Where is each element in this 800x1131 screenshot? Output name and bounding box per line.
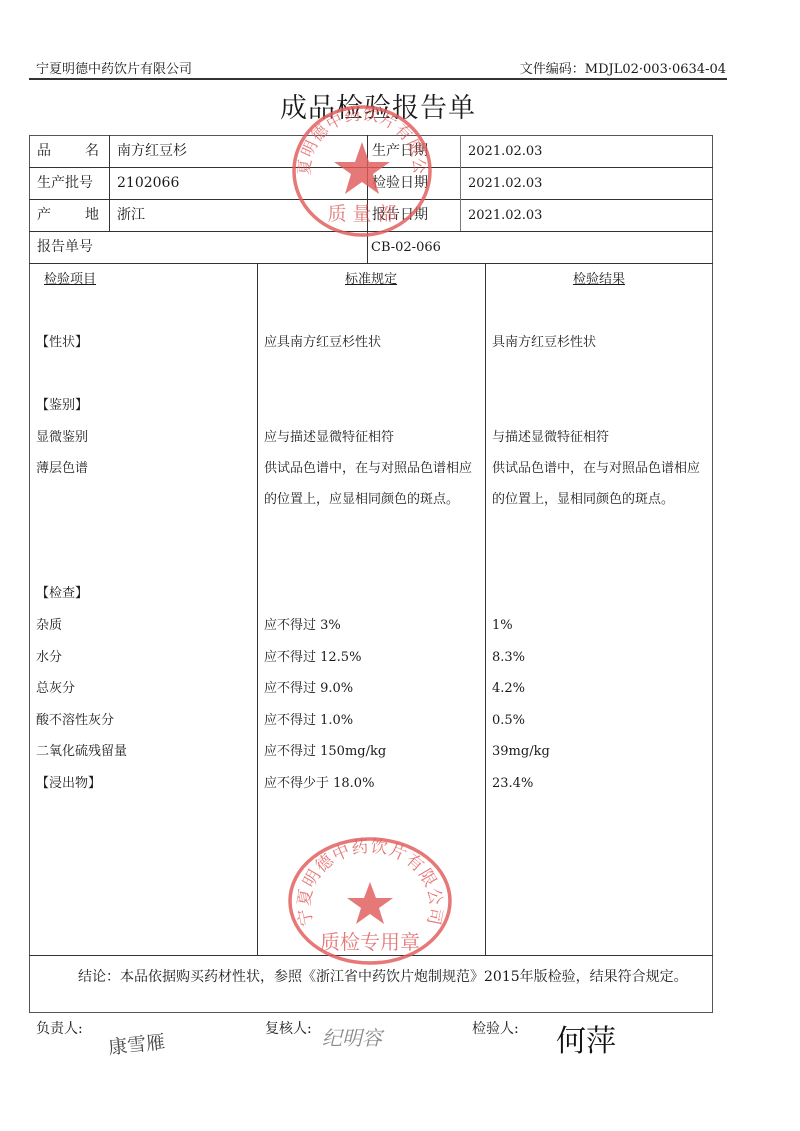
header-divider [29,78,727,80]
value-product-name: 南方红豆杉 [117,143,187,159]
report-table [29,135,713,1013]
inspector-label: 检验人: [472,1018,519,1038]
value-batch: 2102066 [117,175,179,191]
label-origin: 产地 [37,207,99,223]
test-item: 【检查】 [36,586,88,602]
row-divider [29,199,713,200]
label-batch: 生产批号 [37,175,93,191]
test-standard: 应不得少于 18.0% [264,776,374,792]
reviewer-label: 复核人: [265,1018,312,1038]
header-test-item: 检验项目 [44,272,96,288]
col-divider [485,263,486,955]
value-inspection-date: 2021.02.03 [468,176,542,192]
label-report-no: 报告单号 [37,239,93,255]
test-result: 0.5% [492,713,525,729]
col-divider [109,135,110,231]
value-report-no: CB-02-066 [371,240,441,256]
value-origin: 浙江 [117,207,145,223]
test-item: 二氧化硫残留量 [36,744,127,760]
test-result: 供试品色谱中，在与对照品色谱相应的位置上，显相同颜色的斑点。 [492,453,708,515]
header-standard: 标准规定 [257,272,485,288]
test-item: 水分 [36,650,62,666]
test-result: 23.4% [492,776,533,792]
row-divider [29,955,713,956]
test-result: 与描述显微特征相符 [492,430,609,446]
test-standard: 应不得过 1.0% [264,713,353,729]
test-standard: 应不得过 9.0% [264,681,353,697]
reviewer-signature: 纪明容 [322,1022,382,1051]
inspector-signature: 何萍 [556,1016,616,1060]
test-result: 1% [492,618,513,634]
test-standard: 应与描述显微特征相符 [264,430,394,446]
value-report-date: 2021.02.03 [468,208,542,224]
label-product-name: 品名 [37,143,99,159]
col-divider [367,135,368,263]
test-item: 总灰分 [36,681,75,697]
test-result: 8.3% [492,650,525,666]
test-result: 39mg/kg [492,744,550,760]
label-production-date: 生产日期 [372,143,428,159]
row-divider [29,167,713,168]
test-item: 薄层色谱 [36,461,88,477]
document-title: 成品检验报告单 [0,86,756,125]
test-item: 【浸出物】 [36,776,101,792]
header-result: 检验结果 [485,272,713,288]
col-divider [257,263,258,955]
file-code: 文件编码：MDJL02·003·0634-04 [520,58,726,77]
responsible-signature: 康雪雁 [107,1027,167,1060]
test-result: 4.2% [492,681,525,697]
value-production-date: 2021.02.03 [468,144,542,160]
test-standard: 应不得过 12.5% [264,650,361,666]
test-standard: 应不得过 3% [264,618,341,634]
test-item: 【性状】 [36,335,88,351]
test-item: 杂质 [36,618,62,634]
test-item: 显微鉴别 [36,430,88,446]
col-divider [460,135,461,231]
row-divider [29,231,713,232]
test-result: 具南方红豆杉性状 [492,335,596,351]
test-standard: 供试品色谱中，在与对照品色谱相应的位置上，应显相同颜色的斑点。 [264,453,480,515]
test-item: 酸不溶性灰分 [36,713,114,729]
label-report-date: 报告日期 [372,207,428,223]
test-standard: 应具南方红豆杉性状 [264,335,381,351]
label-inspection-date: 检验日期 [372,175,428,191]
conclusion: 结论：本品依据购买药材性状，参照《浙江省中药饮片炮制规范》2015年版检验，结果… [36,962,706,992]
company-name: 宁夏明德中药饮片有限公司 [36,58,192,77]
test-item: 【鉴别】 [36,398,88,414]
test-standard: 应不得过 150mg/kg [264,744,386,760]
row-divider [29,263,713,264]
responsible-label: 负责人: [36,1018,83,1038]
